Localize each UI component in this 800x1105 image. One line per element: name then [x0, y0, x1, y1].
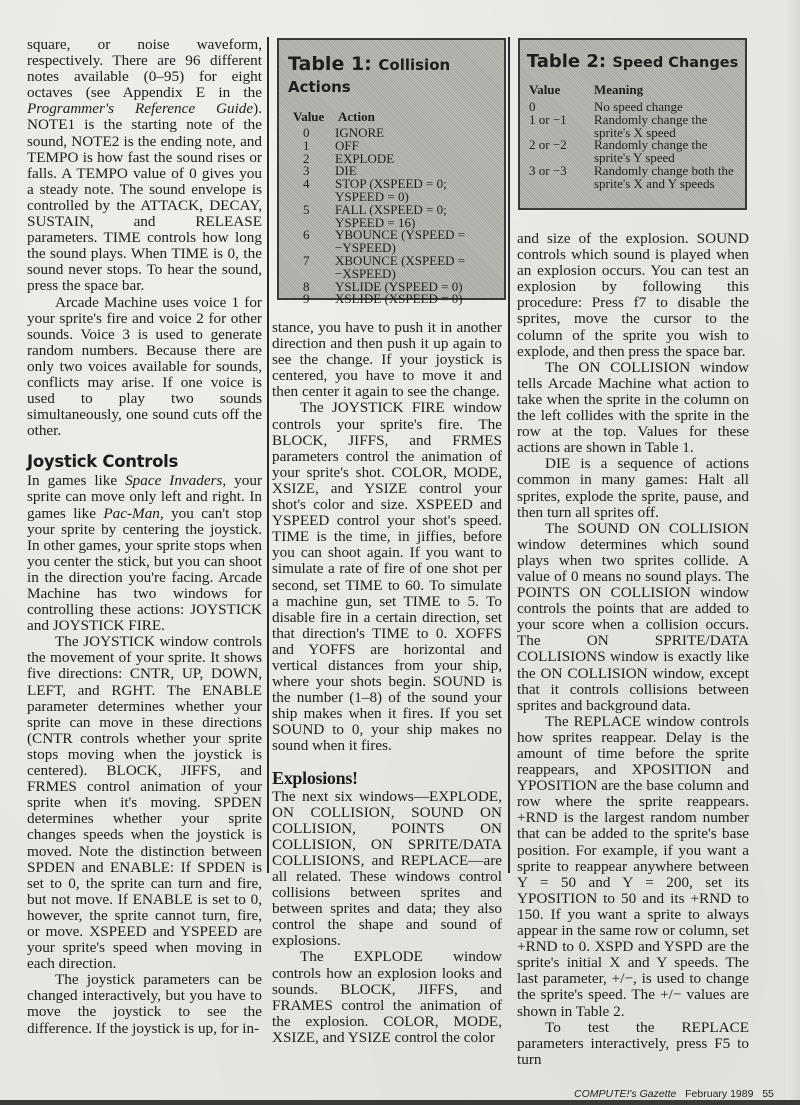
paragraph: square, or noise waveform, respectively.…: [27, 37, 262, 295]
table-row: 3 or −3Randomly change both the sprite's…: [529, 165, 745, 191]
text: square, or noise waveform, respectively.…: [27, 36, 262, 101]
paragraph: The JOYSTICK FIRE window controls your s…: [272, 400, 502, 754]
table-header: Value Action: [293, 109, 504, 125]
section-heading-explosions: Explosions!: [272, 769, 502, 787]
paragraph: The joystick parameters can be changed i…: [27, 972, 262, 1036]
paragraph: The EXPLODE window controls how an explo…: [272, 949, 502, 1046]
text: you can't stop your sprite by centering …: [27, 505, 262, 635]
text: In games like: [27, 472, 125, 489]
paragraph: DIE is a sequence of actions common in m…: [517, 456, 749, 520]
table-row: 2EXPLODE: [279, 153, 504, 166]
table-header: Value Meaning: [529, 82, 745, 98]
cell-value: 5: [279, 204, 335, 230]
cell-meaning: Randomly change the sprite's X speed: [594, 114, 739, 140]
cell-action: IGNORE: [335, 127, 495, 140]
cell-value: 1 or −1: [529, 114, 594, 140]
table-row: 4STOP (XSPEED = 0; YSPEED = 0): [279, 178, 504, 204]
paragraph: The next six windows—EXPLODE, ON COLLISI…: [272, 789, 502, 950]
table-row: 9XSLIDE (XSPEED = 0): [279, 293, 504, 306]
game-title: Space Invaders,: [125, 472, 226, 489]
cell-action: XSLIDE (XSPEED = 0): [335, 293, 495, 306]
page-footer: COMPUTE!'s Gazette February 1989 55: [574, 1088, 774, 1100]
cell-value: 4: [279, 178, 335, 204]
table-row: 0IGNORE: [279, 127, 504, 140]
table-row: 1 or −1Randomly change the sprite's X sp…: [529, 114, 745, 140]
paragraph: stance, you have to push it in another d…: [272, 320, 502, 400]
page-number: 55: [762, 1088, 774, 1100]
game-title: Pac-Man,: [103, 505, 163, 522]
paragraph: To test the REPLACE parameters interacti…: [517, 1020, 749, 1068]
header-action: Action: [338, 109, 375, 125]
cell-meaning: Randomly change the sprite's Y speed: [594, 139, 739, 165]
issue-date: February 1989: [685, 1088, 753, 1100]
table-caption: Speed Changes: [612, 55, 738, 71]
paragraph: In games like Space Invaders, your sprit…: [27, 473, 262, 634]
cell-meaning: Randomly change both the sprite's X and …: [594, 165, 739, 191]
table-collision-actions: Table 1: Collision Actions Value Action …: [277, 38, 506, 300]
publication-name: COMPUTE!'s Gazette: [574, 1088, 676, 1100]
table-row: 6YBOUNCE (YSPEED = −YSPEED): [279, 229, 504, 255]
table-row: 2 or −2Randomly change the sprite's Y sp…: [529, 139, 745, 165]
column-2: stance, you have to push it in another d…: [272, 320, 502, 1046]
column-rule-left: [267, 37, 269, 873]
table-row: 5FALL (XSPEED = 0; YSPEED = 16): [279, 204, 504, 230]
table-title: Table 2: Speed Changes: [520, 51, 745, 72]
table-label: Table 1:: [288, 53, 378, 75]
header-value: Value: [293, 109, 338, 125]
table-label: Table 2:: [527, 51, 613, 72]
cell-action: FALL (XSPEED = 0; YSPEED = 16): [335, 204, 495, 230]
header-meaning: Meaning: [594, 82, 643, 98]
section-heading-joystick-controls: Joystick Controls: [27, 453, 262, 471]
cell-value: 6: [279, 229, 335, 255]
page-bottom-edge: [0, 1100, 800, 1105]
magazine-page: square, or noise waveform, respectively.…: [0, 0, 800, 1105]
cell-value: 9: [279, 293, 335, 306]
paragraph: The REPLACE window controls how sprites …: [517, 714, 749, 1020]
column-1: square, or noise waveform, respectively.…: [27, 37, 262, 1037]
book-title: Programmer's Reference Guide: [27, 100, 253, 117]
table-row: 7XBOUNCE (XSPEED = −XSPEED): [279, 255, 504, 281]
paragraph: Arcade Machine uses voice 1 for your spr…: [27, 295, 262, 440]
text: ). NOTE1 is the starting note of the sou…: [27, 100, 262, 294]
cell-value: 3 or −3: [529, 165, 594, 191]
table-speed-changes: Table 2: Speed Changes Value Meaning 0No…: [518, 38, 747, 210]
table-title: Table 1: Collision Actions: [288, 53, 504, 97]
page-edge-shadow: [786, 0, 800, 1100]
paragraph: The JOYSTICK window controls the movemen…: [27, 634, 262, 972]
cell-action: EXPLODE: [335, 153, 495, 166]
paragraph: The SOUND ON COLLISION window determines…: [517, 521, 749, 714]
cell-action: YBOUNCE (YSPEED = −YSPEED): [335, 229, 495, 255]
cell-value: 2 or −2: [529, 139, 594, 165]
cell-value: 7: [279, 255, 335, 281]
column-rule-right: [508, 37, 510, 873]
cell-action: XBOUNCE (XSPEED = −XSPEED): [335, 255, 495, 281]
cell-action: STOP (XSPEED = 0; YSPEED = 0): [335, 178, 495, 204]
header-value: Value: [529, 82, 594, 98]
paragraph: and size of the explosion. SOUND control…: [517, 231, 749, 360]
paragraph: The ON COLLISION window tells Arcade Mac…: [517, 360, 749, 457]
column-3: and size of the explosion. SOUND control…: [517, 231, 749, 1068]
